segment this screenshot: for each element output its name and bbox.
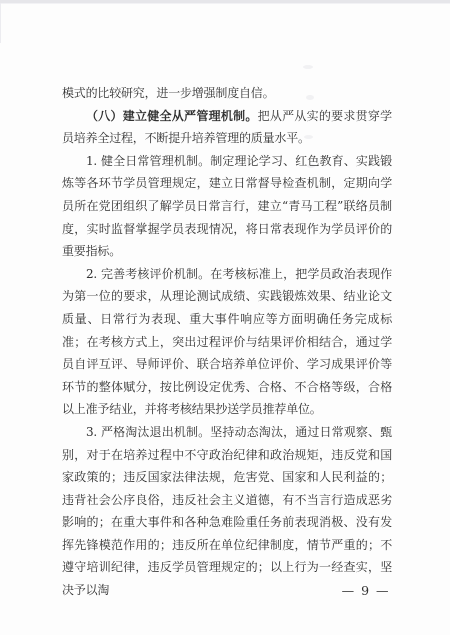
item-2-lead: 2. 完善考核评价机制。 — [86, 267, 210, 281]
section-8-paragraph: （八）建立健全从严管理机制。把从严从实的要求贯穿学员培养全过程，不断提升培养管理… — [62, 105, 392, 150]
scanned-document-page: 模式的比较研究，进一步增强制度自信。 （八）建立健全从严管理机制。把从严从实的要… — [0, 0, 450, 635]
section-8-heading: （八）建立健全从严管理机制。 — [86, 109, 258, 123]
scan-left-edge — [0, 3, 1, 43]
scan-smudge — [303, 65, 313, 69]
paragraph-text: 制定理论学习、红色教育、实践锻炼等各环节学员管理规定，建立日常督导检查机制，定期… — [62, 154, 392, 258]
item-1-lead: 1. 健全日常管理机制。 — [86, 154, 210, 168]
document-body: 模式的比较研究，进一步增强制度自信。 （八）建立健全从严管理机制。把从严从实的要… — [62, 82, 392, 602]
paragraph-text: 坚持动态淘汰，通过日常观察、甄别，对于在培养过程中不守政治纪律和政治规矩，违反党… — [62, 425, 392, 597]
paragraph-text: 在考核标准上，把学员政治表现作为第一位的要求，从理论测试成绩、实践锻炼效果、结业… — [62, 267, 392, 417]
item-2-paragraph: 2. 完善考核评价机制。在考核标准上，把学员政治表现作为第一位的要求，从理论测试… — [62, 263, 392, 421]
paragraph-continuation: 模式的比较研究，进一步增强制度自信。 — [62, 82, 392, 105]
item-3-paragraph: 3. 严格淘汰退出机制。坚持动态淘汰，通过日常观察、甄别，对于在培养过程中不守政… — [62, 421, 392, 602]
scan-top-edge — [0, 0, 450, 4]
item-3-lead: 3. 严格淘汰退出机制。 — [86, 425, 210, 439]
item-1-paragraph: 1. 健全日常管理机制。制定理论学习、红色教育、实践锻炼等各环节学员管理规定，建… — [62, 150, 392, 263]
paragraph-text: 模式的比较研究，进一步增强制度自信。 — [62, 86, 274, 100]
page-number: — 9 — — [62, 583, 392, 598]
